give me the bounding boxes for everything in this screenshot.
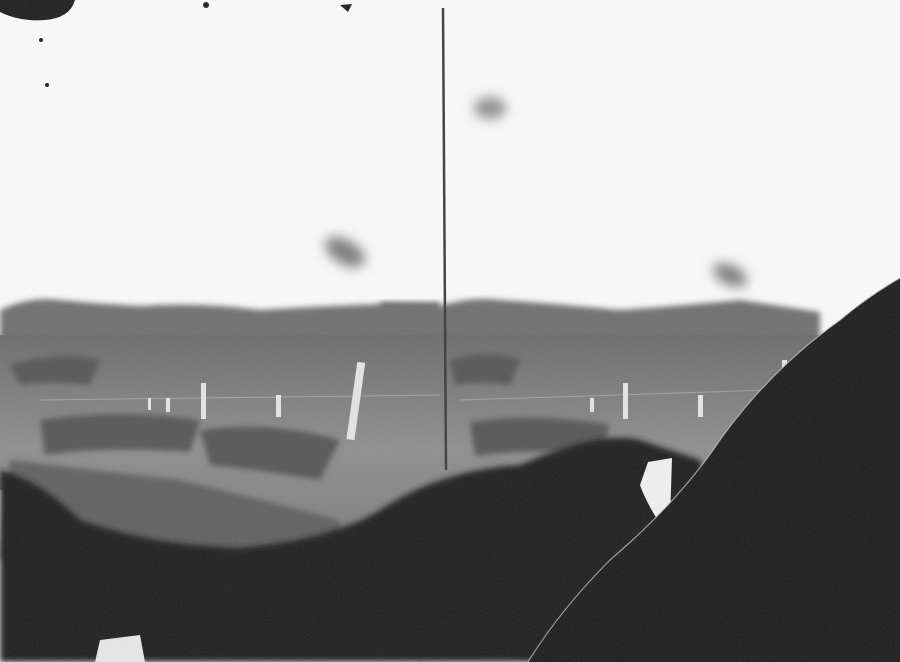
battlefield-scene [0, 0, 900, 662]
stereoscopic-photograph: Black-and-white stereoscopic photograph … [0, 0, 900, 662]
film-grain [0, 0, 900, 662]
